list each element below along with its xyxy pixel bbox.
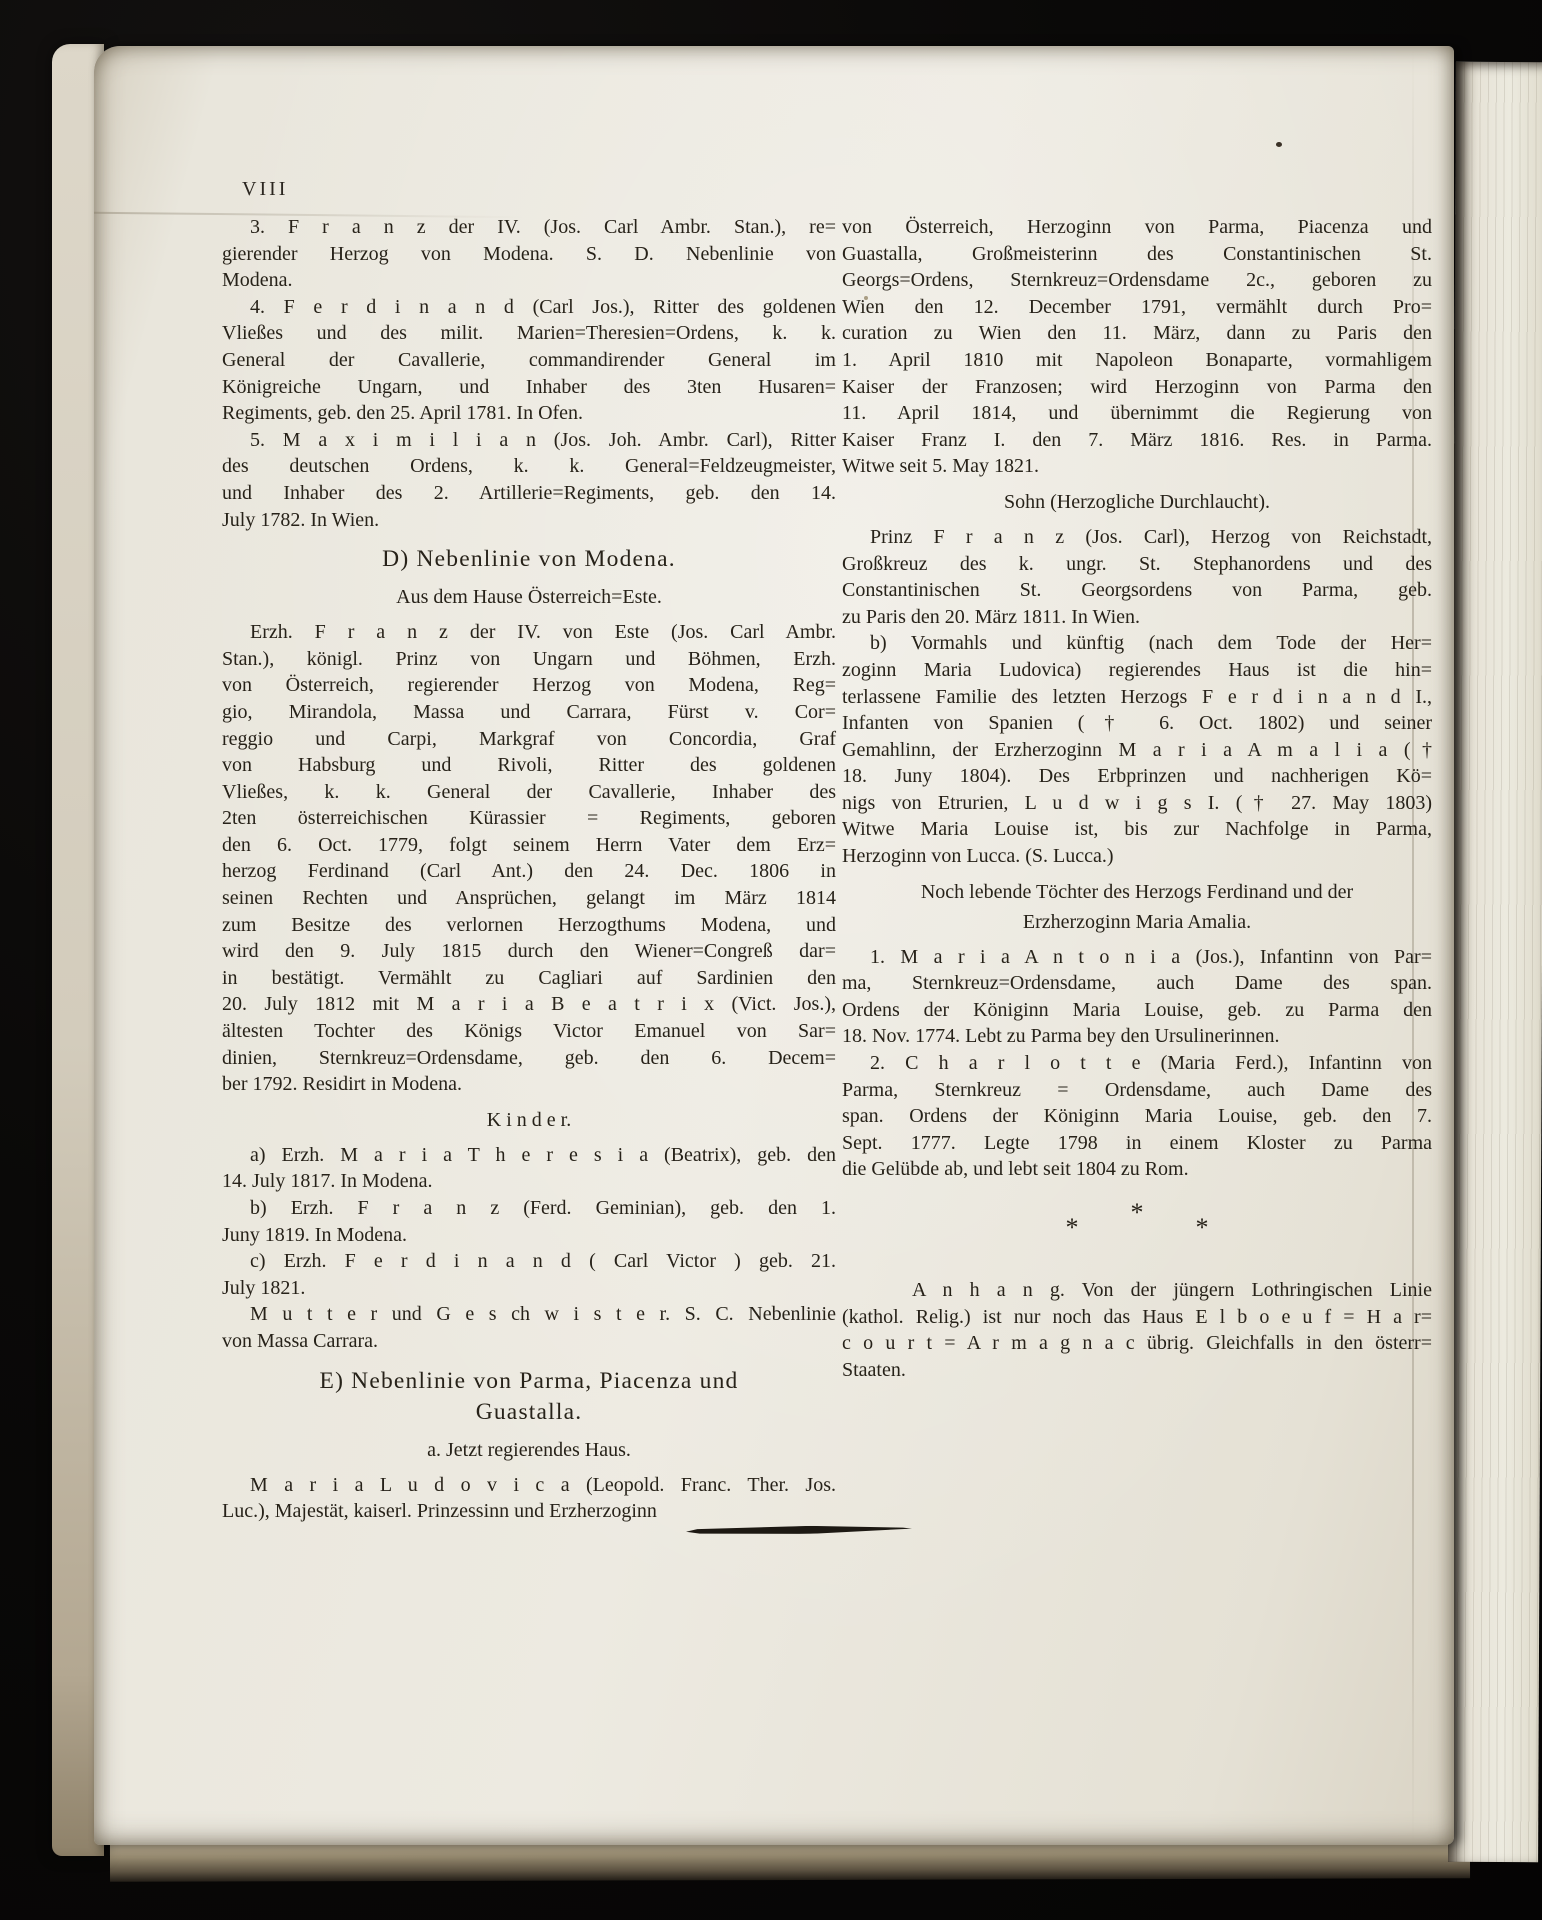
text-line: July 1782. In Wien. [222,507,836,534]
text-line: die Gelübde ab, und lebt seit 1804 zu Ro… [842,1156,1432,1183]
heading: E) Nebenlinie von Parma, Piacenza undGua… [222,1366,836,1428]
text-line: und Inhaber des 2. Artillerie=Regiments,… [222,480,836,507]
text-line: Witwe Maria Louise ist, bis zur Nachfolg… [842,816,1432,843]
text-line: General der Cavallerie, commandirender G… [222,347,836,374]
text-line: 1. M a r i a A n t o n i a (Jos.), Infan… [842,944,1432,971]
text-line: Georgs=Ordens, Sternkreuz=Ordensdame 2c.… [842,267,1432,294]
text-line: von Massa Carrara. [222,1328,836,1355]
paragraph: 2. C h a r l o t t e (Maria Ferd.), Infa… [842,1050,1432,1183]
text-line: Noch lebende Töchter des Herzogs Ferdina… [842,877,1432,907]
paragraph: 5. M a x i m i l i a n (Jos. Joh. Ambr. … [222,427,836,533]
paragraph: M a r i a L u d o v i c a (Leopold. Fran… [222,1472,836,1525]
text-line: Infanten von Spanien († 6. Oct. 1802) un… [842,710,1432,737]
fore-edge-pages [1448,62,1542,1862]
page-number: VIII [242,178,288,201]
paragraph: a) Erzh. M a r i a T h e r e s i a (Beat… [222,1142,836,1195]
text-line: Constantinischen St. Georgsordens von Pa… [842,577,1432,604]
text-line: ber 1792. Residirt in Modena. [222,1071,836,1098]
text-line: 2ten österreichischen Kürassier = Regime… [222,805,836,832]
text-line: Parma, Sternkreuz = Ordensdame, auch Dam… [842,1077,1432,1104]
text-line: herzog Ferdinand (Carl Ant.) den 24. Dec… [222,858,836,885]
text-line: von Habsburg und Rivoli, Ritter des gold… [222,752,836,779]
text-line: Guastalla, Großmeisterinn des Constantin… [842,241,1432,268]
text-line: seinen Rechten und Ansprüchen, gelangt i… [222,885,836,912]
text-line: 18. Nov. 1774. Lebt zu Parma bey den Urs… [842,1023,1432,1050]
text-line: 20. July 1812 mit M a r i a B e a t r i … [222,991,836,1018]
asterisk: * [1066,1213,1079,1243]
paragraph: b) Vormahls und künftig (nach dem Tode d… [842,630,1432,869]
text-line: (kathol. Relig.) ist nur noch das Haus E… [842,1304,1432,1331]
paragraph: 4. F e r d i n a n d (Carl Jos.), Ritter… [222,294,836,427]
text-line: zum Besitze des verlornen Herzogthums Mo… [222,912,836,939]
text-line: nigs von Etrurien, L u d w i g s I. († 2… [842,790,1432,817]
text-line: 2. C h a r l o t t e (Maria Ferd.), Infa… [842,1050,1432,1077]
text-line: 18. Juny 1804). Des Erbprinzen und nachh… [842,763,1432,790]
text-line: E) Nebenlinie von Parma, Piacenza und [222,1366,836,1397]
paragraph: Prinz F r a n z (Jos. Carl), Herzog von … [842,524,1432,630]
text-line: Sohn (Herzogliche Durchlaucht). [842,487,1432,517]
text-line: Juny 1819. In Modena. [222,1222,836,1249]
text-line: b) Vormahls und künftig (nach dem Tode d… [842,630,1432,657]
paper-speck [1276,142,1282,147]
paragraph: 1. M a r i a A n t o n i a (Jos.), Infan… [842,944,1432,1050]
text-line: Stan.), königl. Prinz von Ungarn und Böh… [222,646,836,673]
text-line: in bestätigt. Vermählt zu Cagliari auf S… [222,965,836,992]
text-line: den 6. Oct. 1779, folgt seinem Herrn Vat… [222,832,836,859]
text-line: ma, Sternkreuz=Ordensdame, auch Dame des… [842,970,1432,997]
text-line: Guastalla. [222,1397,836,1428]
text-line: Aus dem Hause Österreich=Este. [222,582,836,612]
text-line: 14. July 1817. In Modena. [222,1168,836,1195]
text-line: zoginn Maria Ludovica) regierendes Haus … [842,657,1432,684]
text-line: Herzoginn von Lucca. (S. Lucca.) [842,843,1432,870]
text-line: c) Erzh. F e r d i n a n d ( Carl Victor… [222,1248,836,1275]
text-line: 3. F r a n z der IV. (Jos. Carl Ambr. St… [222,214,836,241]
paragraph: Erzh. F r a n z der IV. von Este (Jos. C… [222,619,836,1098]
text-line: Modena. [222,267,836,294]
text-line: von Österreich, regierender Herzog von M… [222,672,836,699]
paragraph: A n h a n g. Von der jüngern Lothringisc… [842,1277,1432,1383]
text-line: Erzherzoginn Maria Amalia. [842,907,1432,937]
paragraph: von Österreich, Herzoginn von Parma, Pia… [842,214,1432,480]
text-line: Luc.), Majestät, kaiserl. Prinzessinn un… [222,1498,836,1525]
text-line: Kaiser Franz I. den 7. März 1816. Res. i… [842,427,1432,454]
text-line: Vließes und des milit. Marien=Theresien=… [222,320,836,347]
paragraph: c) Erzh. F e r d i n a n d ( Carl Victor… [222,1248,836,1301]
text-line: b) Erzh. F r a n z (Ferd. Geminian), geb… [222,1195,836,1222]
text-line: span. Ordens der Königinn Maria Louise, … [842,1103,1432,1130]
asterism: *** [842,1213,1432,1253]
text-line: Wien den 12. December 1791, vermählt dur… [842,294,1432,321]
text-line: ältesten Tochter des Königs Victor Emanu… [222,1018,836,1045]
text-line: dinien, Sternkreuz=Ordensdame, geb. den … [222,1045,836,1072]
text-line: gio, Mirandola, Massa und Carrara, Fürst… [222,699,836,726]
text-line: Königreiche Ungarn, und Inhaber des 3ten… [222,374,836,401]
text-line: D) Nebenlinie von Modena. [222,544,836,575]
text-line: a) Erzh. M a r i a T h e r e s i a (Beat… [222,1142,836,1169]
subheading: K i n d e r. [222,1105,836,1135]
text-line: Witwe seit 5. May 1821. [842,453,1432,480]
text-line: wird den 9. July 1815 durch den Wiener=C… [222,938,836,965]
text-line: Kaiser der Franzosen; wird Herzoginn von… [842,374,1432,401]
text-line: reggio und Carpi, Markgraf von Concordia… [222,726,836,753]
text-line: Vließes, k. k. General der Cavallerie, I… [222,779,836,806]
asterisk: * [1131,1198,1144,1228]
text-line: Prinz F r a n z (Jos. Carl), Herzog von … [842,524,1432,551]
text-line: Gemahlinn, der Erzherzoginn M a r i a A … [842,737,1432,764]
text-line: 5. M a x i m i l i a n (Jos. Joh. Ambr. … [222,427,836,454]
text-line: Großkreuz des k. ungr. St. Stephanordens… [842,551,1432,578]
text-line: 4. F e r d i n a n d (Carl Jos.), Ritter… [222,294,836,321]
paragraph: b) Erzh. F r a n z (Ferd. Geminian), geb… [222,1195,836,1248]
photograph-stage: VIII 3. F r a n z der IV. (Jos. Carl Amb… [0,0,1542,1920]
subheading: Sohn (Herzogliche Durchlaucht). [842,487,1432,517]
text-line: 11. April 1814, und übernimmt die Regier… [842,400,1432,427]
paragraph: M u t t e r und G e s ch w i s t e r. S.… [222,1301,836,1354]
heading: D) Nebenlinie von Modena. [222,544,836,575]
text-line: Regiments, geb. den 25. April 1781. In O… [222,400,836,427]
text-line: gierender Herzog von Modena. S. D. Neben… [222,241,836,268]
right-column: von Österreich, Herzoginn von Parma, Pia… [842,214,1432,1383]
left-column: 3. F r a n z der IV. (Jos. Carl Ambr. St… [222,214,836,1525]
text-line: A n h a n g. Von der jüngern Lothringisc… [842,1277,1432,1304]
subheading: Noch lebende Töchter des Herzogs Ferdina… [842,877,1432,937]
text-line: a. Jetzt regierendes Haus. [222,1435,836,1465]
paragraph: 3. F r a n z der IV. (Jos. Carl Ambr. St… [222,214,836,294]
text-line: des deutschen Ordens, k. k. General=Feld… [222,453,836,480]
text-line: Ordens der Königinn Maria Louise, geb. z… [842,997,1432,1024]
text-line: Erzh. F r a n z der IV. von Este (Jos. C… [222,619,836,646]
text-line: K i n d e r. [222,1105,836,1135]
text-line: Sept. 1777. Legte 1798 in einem Kloster … [842,1130,1432,1157]
text-line: Staaten. [842,1357,1432,1384]
asterisk: * [1196,1213,1209,1243]
text-line: 1. April 1810 mit Napoleon Bonaparte, vo… [842,347,1432,374]
text-line: curation zu Wien den 11. März, dann zu P… [842,320,1432,347]
text-line: terlassene Familie des letzten Herzogs F… [842,684,1432,711]
text-line: von Österreich, Herzoginn von Parma, Pia… [842,214,1432,241]
text-line: c o u r t = A r m a g n a c übrig. Gleic… [842,1330,1432,1357]
footer-rule [686,1524,912,1535]
subheading: a. Jetzt regierendes Haus. [222,1435,836,1465]
text-line: July 1821. [222,1275,836,1302]
text-line: M a r i a L u d o v i c a (Leopold. Fran… [222,1472,836,1499]
text-line: zu Paris den 20. März 1811. In Wien. [842,604,1432,631]
text-line: M u t t e r und G e s ch w i s t e r. S.… [222,1301,836,1328]
subheading: Aus dem Hause Österreich=Este. [222,582,836,612]
book-page: VIII 3. F r a n z der IV. (Jos. Carl Amb… [94,46,1454,1845]
